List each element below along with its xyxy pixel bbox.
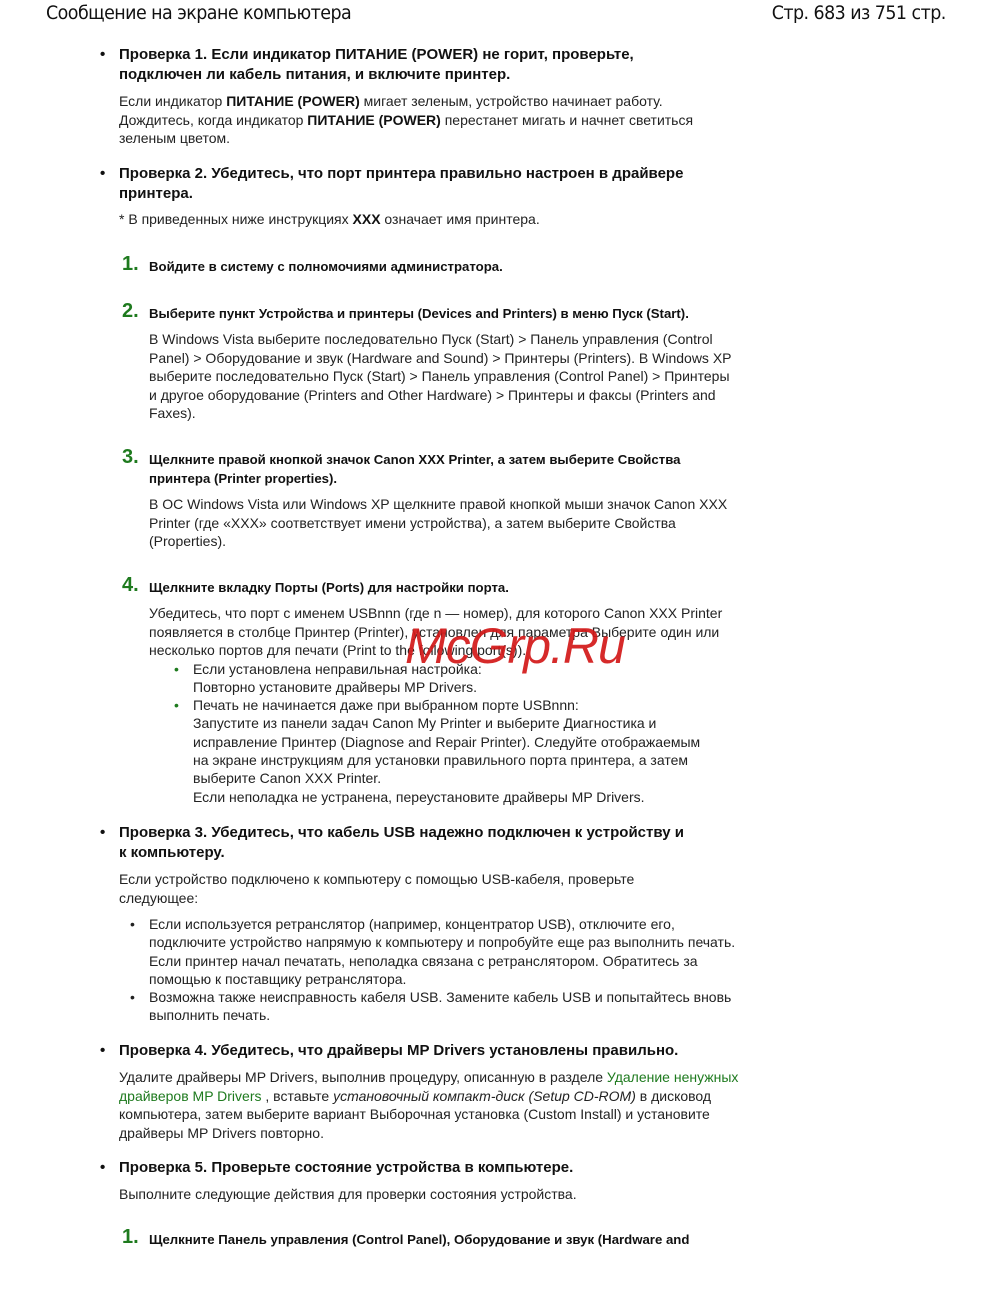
bullet-icon: •: [174, 696, 179, 714]
page-indicator: Стр. 683 из 751 стр.: [772, 2, 946, 24]
check-4-body: Удалите драйверы MP Drivers, выполнив пр…: [100, 1068, 749, 1142]
step-body: В Windows Vista выберите последовательно…: [122, 330, 739, 423]
step-body: В ОС Windows Vista или Windows XP щелкни…: [122, 495, 734, 551]
list-item: • Если используется ретранслятор (наприм…: [105, 915, 740, 988]
step-number: 4.: [122, 574, 139, 597]
check-3: • Проверка 3. Убедитесь, что кабель USB …: [100, 823, 750, 1025]
bullet-icon: •: [100, 1158, 105, 1178]
step-title: Войдите в систему с полномочиями админис…: [122, 257, 742, 276]
check-2-step-3: 3. Щелкните правой кнопкой значок Canon …: [122, 450, 742, 551]
bullet-icon: •: [100, 823, 105, 843]
check-4-title: • Проверка 4. Убедитесь, что драйверы MP…: [100, 1041, 750, 1061]
check-2-step-2: 2. Выберите пункт Устройства и принтеры …: [122, 304, 742, 423]
bullet-icon: •: [100, 164, 105, 184]
check-1-title: • Проверка 1. Если индикатор ПИТАНИЕ (PO…: [100, 45, 750, 85]
step-number: 2.: [122, 300, 139, 323]
check-3-body: Если устройство подключено к компьютеру …: [100, 870, 679, 907]
step-title: Щелкните правой кнопкой значок Canon XXX…: [122, 450, 724, 488]
step-number: 1.: [122, 1226, 139, 1249]
step-body: Убедитесь, что порт с именем USBnnn (где…: [122, 604, 739, 660]
step-number: 3.: [122, 446, 139, 469]
list-item: • Возможна также неисправность кабеля US…: [105, 988, 740, 1025]
check-2-step-1: 1. Войдите в систему с полномочиями адми…: [122, 257, 742, 276]
bullet-icon: •: [174, 660, 179, 678]
check-2: • Проверка 2. Убедитесь, что порт принте…: [100, 164, 750, 229]
step-title: Щелкните Панель управления (Control Pane…: [122, 1230, 762, 1249]
check-5: • Проверка 5. Проверьте состояние устрой…: [100, 1158, 750, 1204]
step-number: 1.: [122, 253, 139, 276]
check-5-title: • Проверка 5. Проверьте состояние устрой…: [100, 1158, 750, 1178]
check-3-title: • Проверка 3. Убедитесь, что кабель USB …: [100, 823, 750, 863]
check-5-step-1: 1. Щелкните Панель управления (Control P…: [122, 1230, 762, 1249]
bullet-icon: •: [130, 988, 135, 1006]
bullet-icon: •: [100, 1041, 105, 1061]
check-3-bullets: • Если используется ретранслятор (наприм…: [100, 915, 740, 1025]
check-1-body: Если индикатор ПИТАНИЕ (POWER) мигает зе…: [100, 92, 719, 148]
check-2-step-4: 4. Щелкните вкладку Порты (Ports) для на…: [122, 578, 742, 806]
list-item: • Если установлена неправильная настройк…: [149, 660, 719, 697]
check-2-title: • Проверка 2. Убедитесь, что порт принте…: [100, 164, 750, 204]
bullet-icon: •: [100, 45, 105, 65]
list-item: • Печать не начинается даже при выбранно…: [149, 696, 719, 806]
step-4-bullets: • Если установлена неправильная настройк…: [149, 660, 719, 806]
page-header: Сообщение на экране компьютера Стр. 683 …: [46, 2, 881, 28]
document-title: Сообщение на экране компьютера: [46, 2, 351, 24]
check-5-body: Выполните следующие действия для проверк…: [100, 1185, 750, 1204]
check-2-note: * В приведенных ниже инструкциях XXX озн…: [100, 210, 750, 229]
check-4: • Проверка 4. Убедитесь, что драйверы MP…: [100, 1041, 750, 1142]
check-1: • Проверка 1. Если индикатор ПИТАНИЕ (PO…: [100, 45, 750, 148]
bullet-icon: •: [130, 915, 135, 933]
step-title: Выберите пункт Устройства и принтеры (De…: [122, 304, 742, 323]
step-title: Щелкните вкладку Порты (Ports) для настр…: [122, 578, 742, 597]
